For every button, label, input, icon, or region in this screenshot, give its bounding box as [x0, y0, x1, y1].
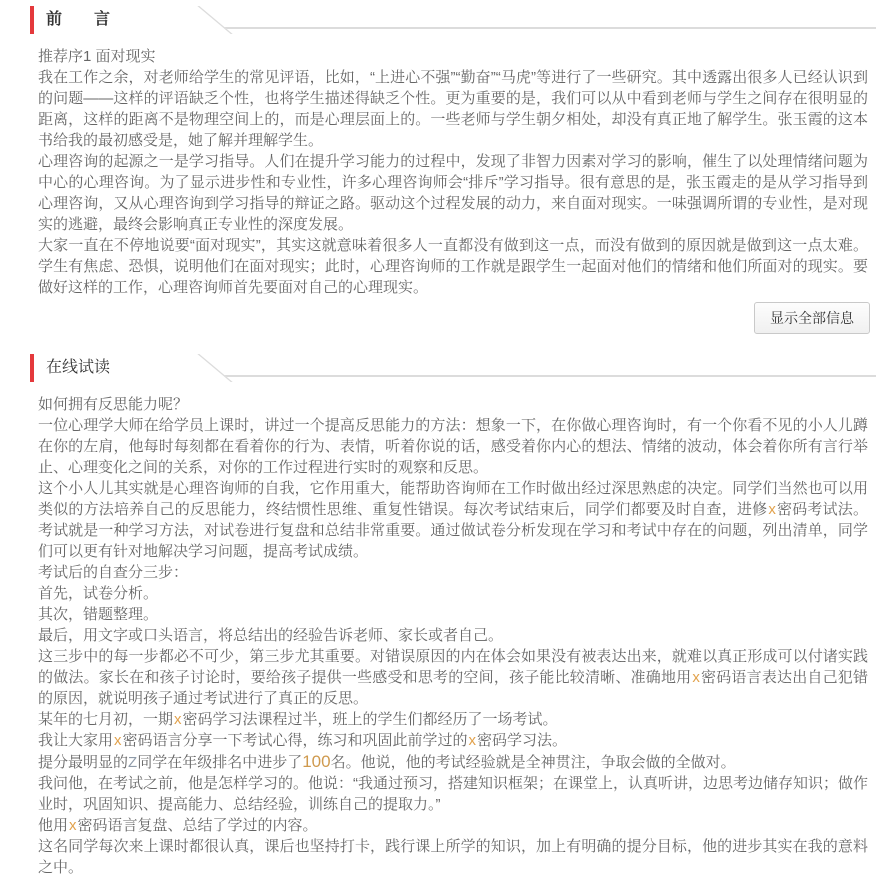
text-segment: 最后，用文字或口头语言，将总结出的经验告诉老师、家长或者自己。 [38, 627, 503, 644]
show-all-info-button[interactable]: 显示全部信息 [754, 302, 870, 334]
paragraph: 如何拥有反思能力呢？ [38, 394, 868, 415]
accent-text: x [68, 817, 78, 834]
text-segment: 考试后的自查分三步： [38, 564, 188, 581]
text-segment: 心理咨询的起源之一是学习指导。人们在提升学习能力的过程中，发现了非智力因素对学习… [38, 153, 868, 233]
paragraph: 其次，错题整理。 [38, 604, 868, 625]
paragraph: 某年的七月初，一期x密码学习法课程过半，班上的学生们都经历了一场考试。 [38, 709, 868, 730]
accent-text: x [691, 669, 701, 686]
preface-actions: 显示全部信息 [0, 302, 870, 334]
tab-preface: 前 言 [34, 6, 200, 34]
paragraph: 心理咨询的起源之一是学习指导。人们在提升学习能力的过程中，发现了非智力因素对学习… [38, 151, 868, 235]
text-segment: 提分最明显的 [38, 754, 128, 771]
text-segment: 大家一直在不停地说要“面对现实”，其实这就意味着很多人一直都没有做到这一点，而没… [38, 237, 868, 296]
paragraph: 我让大家用x密码语言分享一下考试心得，练习和巩固此前学过的x密码学习法。 [38, 730, 868, 751]
text-segment: 这个小人儿其实就是心理咨询师的自我，它作用重大，能帮助咨询师在工作时做出经过深思… [38, 480, 868, 518]
text-segment: 我让大家用 [38, 732, 113, 749]
accent-text: 100 [302, 752, 330, 771]
accent-text: Z [128, 754, 137, 771]
online-reading-title: 在线试读 [46, 359, 110, 376]
online-reading-content: 如何拥有反思能力呢？一位心理学大师在给学员上课时，讲过一个提高反思能力的方法：想… [38, 394, 868, 878]
text-segment: 密码学习法。 [477, 732, 567, 749]
paragraph: 我在工作之余，对老师给学生的常见评语，比如，“上进心不强”“勤奋”“马虎”等进行… [38, 67, 868, 151]
tab-online-reading: 在线试读 [34, 354, 200, 382]
accent-text: x [113, 732, 123, 749]
paragraph: 推荐序1 面对现实 [38, 46, 868, 67]
paragraph: 大家一直在不停地说要“面对现实”，其实这就意味着很多人一直都没有做到这一点，而没… [38, 235, 868, 298]
text-segment: 首先，试卷分析。 [38, 585, 158, 602]
text-segment: 密码学习法课程过半，班上的学生们都经历了一场考试。 [183, 711, 558, 728]
paragraph: 这名同学每次来上课时都很认真，课后也坚持打卡，践行课上所学的知识，加上有明确的提… [38, 836, 868, 878]
text-segment: 如何拥有反思能力呢？ [38, 396, 188, 413]
text-segment: 我问他，在考试之前，他是怎样学习的。他说：“我通过预习，搭建知识框架；在课堂上，… [38, 775, 868, 813]
accent-text: x [767, 501, 777, 518]
paragraph: 最后，用文字或口头语言，将总结出的经验告诉老师、家长或者自己。 [38, 625, 868, 646]
text-segment: 密码语言复盘、总结了学过的内容。 [78, 817, 318, 834]
text-segment: 其次，错题整理。 [38, 606, 158, 623]
paragraph: 首先，试卷分析。 [38, 583, 868, 604]
text-segment: 密码语言分享一下考试心得，练习和巩固此前学过的 [123, 732, 468, 749]
accent-text: x [173, 711, 183, 728]
text-segment: 我在工作之余，对老师给学生的常见评语，比如，“上进心不强”“勤奋”“马虎”等进行… [38, 69, 868, 149]
paragraph: 这三步中的每一步都必不可少，第三步尤其重要。对错误原因的内在体会如果没有被表达出… [38, 646, 868, 709]
paragraph: 这个小人儿其实就是心理咨询师的自我，它作用重大，能帮助咨询师在工作时做出经过深思… [38, 478, 868, 562]
paragraph: 考试后的自查分三步： [38, 562, 868, 583]
paragraph: 我问他，在考试之前，他是怎样学习的。他说：“我通过预习，搭建知识框架；在课堂上，… [38, 773, 868, 815]
text-segment: 这名同学每次来上课时都很认真，课后也坚持打卡，践行课上所学的知识，加上有明确的提… [38, 838, 868, 876]
preface-content: 推荐序1 面对现实我在工作之余，对老师给学生的常见评语，比如，“上进心不强”“勤… [38, 46, 868, 298]
text-segment: 推荐序1 面对现实 [38, 48, 156, 65]
paragraph: 一位心理学大师在给学员上课时，讲过一个提高反思能力的方法：想象一下，在你做心理咨… [38, 415, 868, 478]
header-divider [200, 27, 876, 29]
text-segment: 他用 [38, 817, 68, 834]
text-segment: 一位心理学大师在给学员上课时，讲过一个提高反思能力的方法：想象一下，在你做心理咨… [38, 417, 868, 476]
text-segment: 同学在年级排名中进步了 [137, 754, 302, 771]
section-online-reading: 在线试读 如何拥有反思能力呢？一位心理学大师在给学员上课时，讲过一个提高反思能力… [0, 354, 878, 878]
header-divider [200, 375, 876, 377]
text-segment: 某年的七月初，一期 [38, 711, 173, 728]
accent-text: x [468, 732, 478, 749]
preface-header: 前 言 [30, 6, 876, 34]
paragraph: 提分最明显的Z同学在年级排名中进步了100名。他说，他的考试经验就是全神贯注，争… [38, 751, 868, 773]
book-detail-page: 前 言 推荐序1 面对现实我在工作之余，对老师给学生的常见评语，比如，“上进心不… [0, 0, 878, 878]
paragraph: 他用x密码语言复盘、总结了学过的内容。 [38, 815, 868, 836]
text-segment: 名。他说，他的考试经验就是全神贯注，争取会做的全做对。 [331, 754, 736, 771]
online-reading-header: 在线试读 [30, 354, 876, 382]
section-preface: 前 言 推荐序1 面对现实我在工作之余，对老师给学生的常见评语，比如，“上进心不… [0, 6, 878, 334]
preface-title: 前 言 [46, 11, 118, 28]
